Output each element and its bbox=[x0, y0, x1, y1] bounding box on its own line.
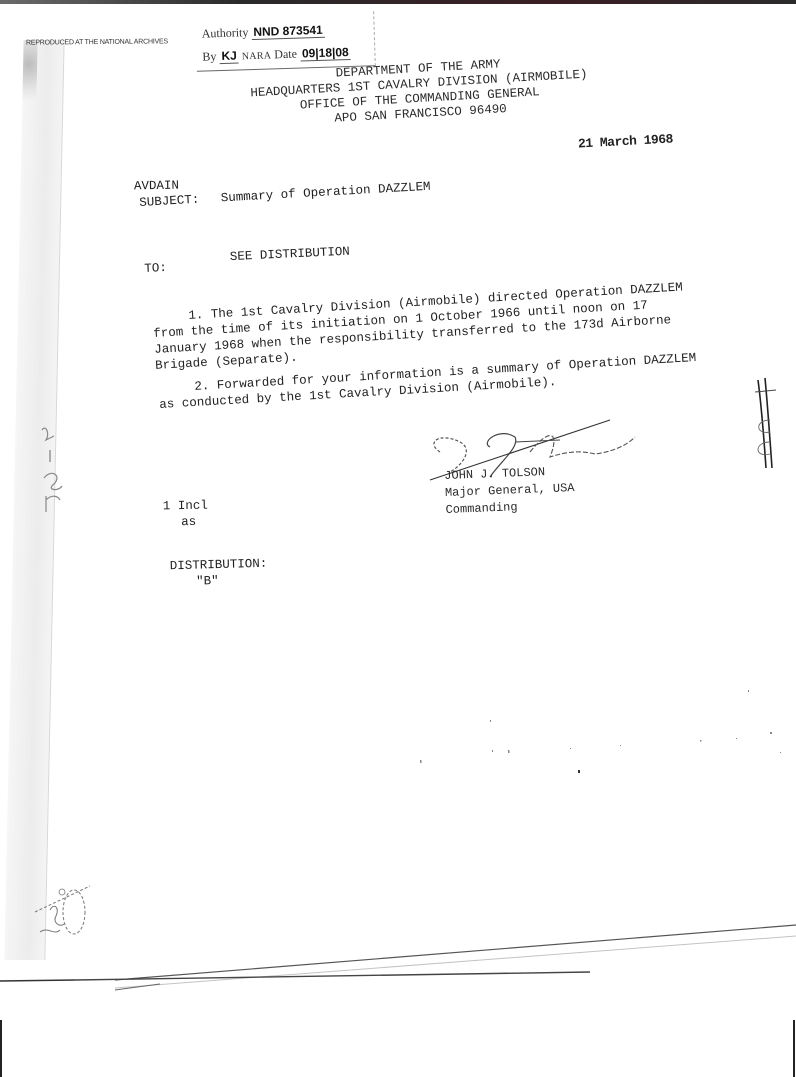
enclosure-notation: 1 Incl as bbox=[163, 498, 209, 531]
margin-handwritten-note-icon bbox=[32, 420, 72, 520]
stamp-authority-row: Authority NND 873541 bbox=[201, 23, 324, 42]
scan-top-edge bbox=[0, 0, 796, 4]
to-value: SEE DISTRIBUTION bbox=[230, 245, 351, 264]
to-label: TO: bbox=[144, 261, 167, 276]
enclosure-count: 1 Incl bbox=[163, 499, 208, 514]
stamp-by-label: By bbox=[202, 49, 216, 63]
distribution-label: DISTRIBUTION: bbox=[170, 557, 268, 574]
declassification-stamp: Authority NND 873541 By KJ NARA Date 09|… bbox=[195, 11, 376, 72]
distribution-value: "B" bbox=[170, 572, 268, 591]
stamp-date-label: Date bbox=[274, 47, 297, 62]
office-symbol: AVDAIN bbox=[134, 179, 179, 194]
archive-reproduced-label: REPRODUCED AT THE NATIONAL ARCHIVES bbox=[26, 38, 168, 46]
to-line: TO: SEE DISTRIBUTION bbox=[144, 253, 350, 276]
enclosure-description: as bbox=[163, 514, 208, 531]
stamp-by-value: KJ bbox=[219, 48, 239, 64]
scan-frame-left bbox=[0, 1020, 2, 1077]
stamp-authority-label: Authority bbox=[201, 25, 248, 40]
stamp-authority-value: NND 873541 bbox=[251, 23, 325, 40]
scan-frame-right bbox=[793, 1020, 795, 1077]
subject-value: Summary of Operation DAZZLEM bbox=[220, 180, 431, 206]
subject-line: SUBJECT: Summary of Operation DAZZLEM bbox=[139, 180, 431, 210]
margin-pen-mark-icon bbox=[750, 370, 780, 470]
stamp-nara-label: NARA bbox=[242, 50, 272, 62]
stamp-date-value: 09|18|08 bbox=[300, 45, 351, 62]
distribution-block: DISTRIBUTION: "B" bbox=[170, 556, 268, 591]
subject-label: SUBJECT: bbox=[139, 193, 200, 210]
signature-block: JOHN J. TOLSON Major General, USA Comman… bbox=[444, 463, 575, 519]
document-date: 21 March 1968 bbox=[578, 132, 674, 152]
stamp-by-row: By KJ NARA Date 09|18|08 bbox=[202, 45, 351, 65]
scan-noise bbox=[400, 690, 796, 810]
signatory-title: Commanding bbox=[445, 497, 575, 519]
page-edge-lines bbox=[0, 920, 796, 1000]
